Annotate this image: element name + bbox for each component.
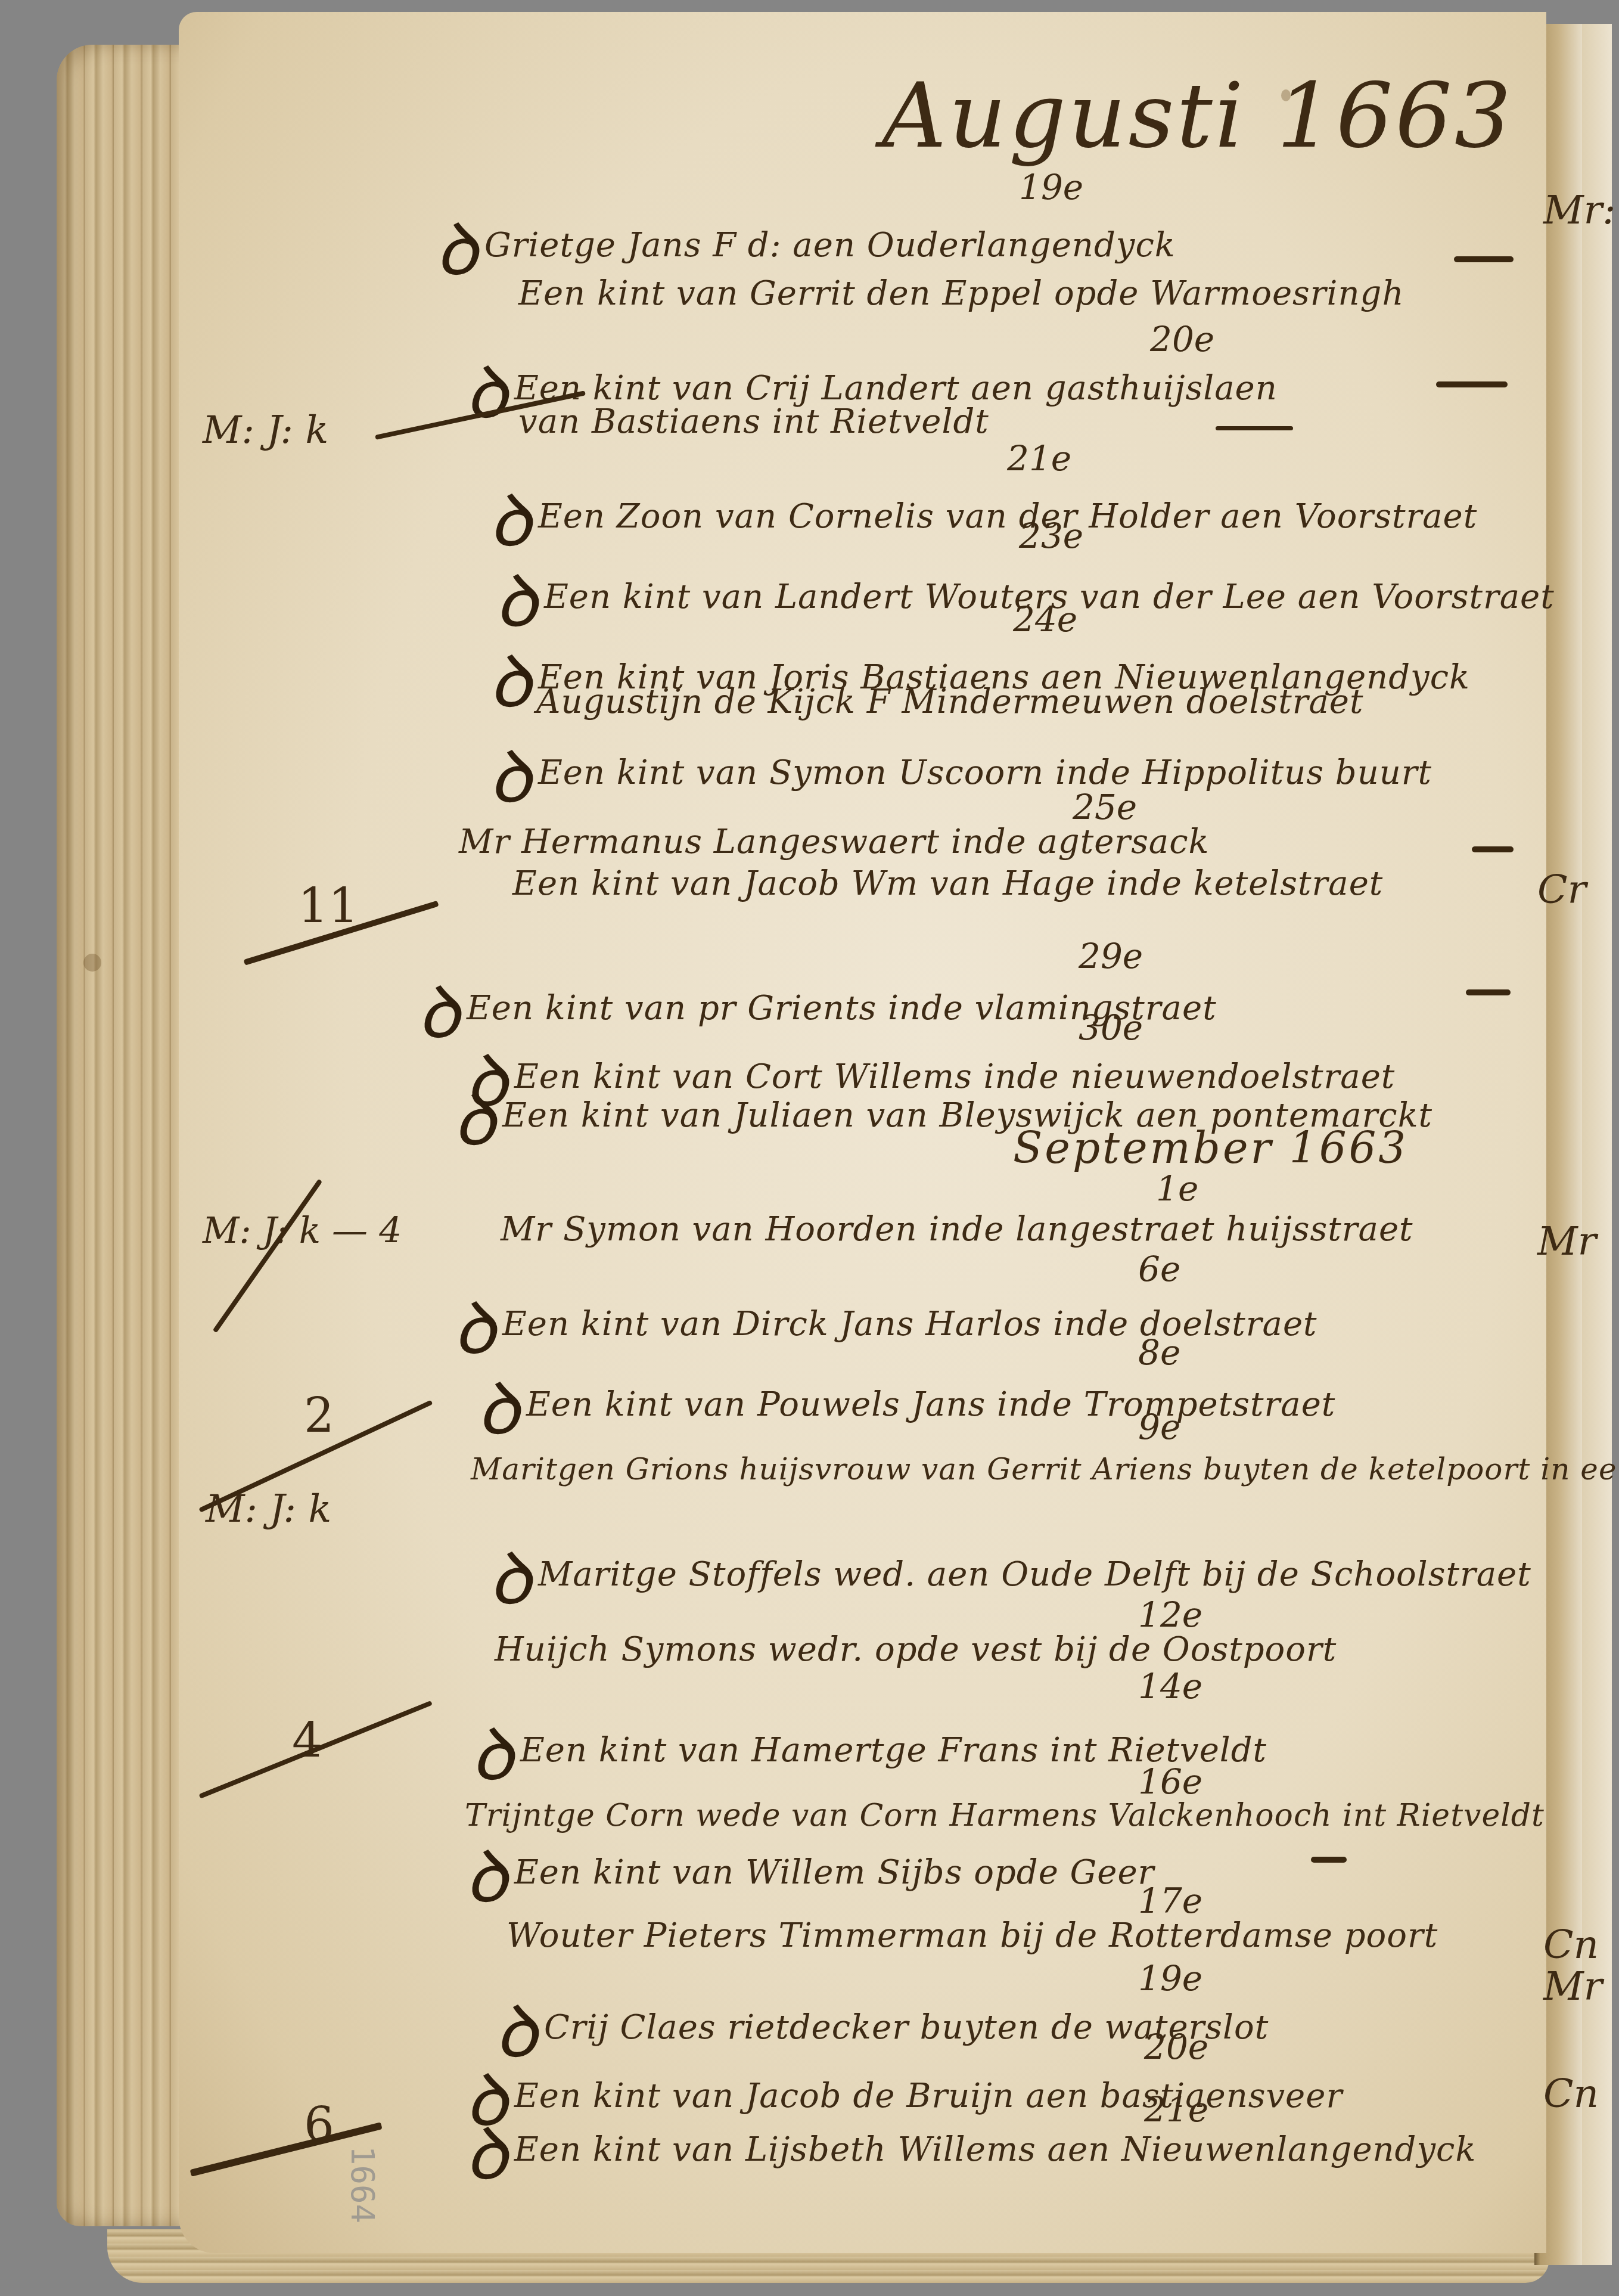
register-entry: Mr Hermanus Langeswaert inde agtersack (459, 826, 1210, 859)
facing-page-note: Cn (1543, 2074, 1599, 2114)
register-entry: ꝺMaritge Stoffels wed. aen Oude Delft bi… (489, 1544, 1531, 1615)
day-marker: 12e (1138, 1597, 1202, 1632)
line-end-dash (1216, 426, 1293, 430)
facing-page-note: Mr (1543, 1967, 1602, 2006)
day-marker: 6e (1138, 1252, 1180, 1286)
register-entry: ꝺEen kint van Dirck Jans Harlos inde doe… (453, 1293, 1317, 1365)
line-end-dash (1454, 256, 1514, 262)
margin-number: 11 (298, 882, 359, 930)
register-entry: ꝺEen kint van Willem Sijbs opde Geer (465, 1842, 1154, 1913)
day-marker: 1e (1156, 1171, 1198, 1206)
day-marker: 19e (1019, 170, 1083, 204)
register-entry: Mr Symon van Hoorden inde langestraet hu… (501, 1213, 1413, 1246)
day-marker: 24e (1013, 602, 1077, 637)
day-marker: 8e (1138, 1335, 1180, 1370)
day-marker: 14e (1138, 1669, 1202, 1704)
day-marker: 25e (1073, 790, 1137, 824)
register-entry: Een kint van Jacob Wm van Hage inde kete… (512, 867, 1383, 901)
register-entry: ꝺEen kint van Pouwels Jans inde Trompets… (477, 1374, 1335, 1445)
day-marker: 20e (1144, 2030, 1208, 2064)
register-entry: ꝺEen kint van Lijsbeth Willems aen Nieuw… (465, 2119, 1476, 2190)
month-heading: September 1663 (1013, 1127, 1408, 1169)
line-end-dash (1436, 381, 1508, 387)
line-end-dash (1311, 1857, 1347, 1863)
day-marker: 21e (1007, 441, 1071, 476)
facing-page-note: Cn (1543, 1925, 1599, 1965)
register-entry: van Bastiaens int Rietveldt (518, 405, 989, 439)
day-marker: 23e (1019, 519, 1083, 553)
page-heading-month: Augusti 1663 (882, 72, 1514, 161)
day-marker: 30e (1079, 1010, 1143, 1045)
register-entry: Augustijn de Kijck F Mindermeuwen doelst… (536, 685, 1363, 719)
register-entry: Huijch Symons wedr. opde vest bij de Oos… (495, 1633, 1337, 1667)
margin-number: 2 (304, 1392, 334, 1439)
register-entry: ꝺEen Zoon van Cornelis van der Holder ae… (489, 486, 1477, 557)
ink-stain (83, 954, 101, 972)
pencil-annotation: 1664 (344, 2146, 381, 2223)
facing-page-note: Cr (1537, 870, 1586, 910)
register-entry: Wouter Pieters Timmerman bij de Rotterda… (506, 1919, 1438, 1953)
register-entry: Een kint van Gerrit den Eppel opde Warmo… (518, 277, 1404, 311)
day-marker: 20e (1150, 322, 1214, 356)
register-entry: Trijntge Corn wede van Corn Harmens Valc… (465, 1800, 1545, 1831)
day-marker: 19e (1138, 1961, 1202, 1996)
register-entry: ꝺEen kint van Symon Uscoorn inde Hippoli… (489, 742, 1432, 814)
margin-note: M: J: k (203, 411, 328, 449)
facing-page-note: Mr (1537, 1222, 1596, 1261)
line-end-dash (1466, 989, 1511, 995)
line-end-dash (1472, 846, 1514, 852)
margin-note: M: J: k (206, 1490, 331, 1528)
day-marker: 9e (1138, 1410, 1180, 1444)
register-entry: Maritgen Grions huijsvrouw van Gerrit Ar… (471, 1454, 1619, 1484)
margin-note: M: J: k — 4 (203, 1213, 402, 1249)
day-marker: 29e (1079, 939, 1143, 973)
day-marker: 16e (1138, 1764, 1202, 1799)
facing-page-note: Mr: (1543, 191, 1615, 230)
day-marker: 17e (1138, 1884, 1202, 1918)
